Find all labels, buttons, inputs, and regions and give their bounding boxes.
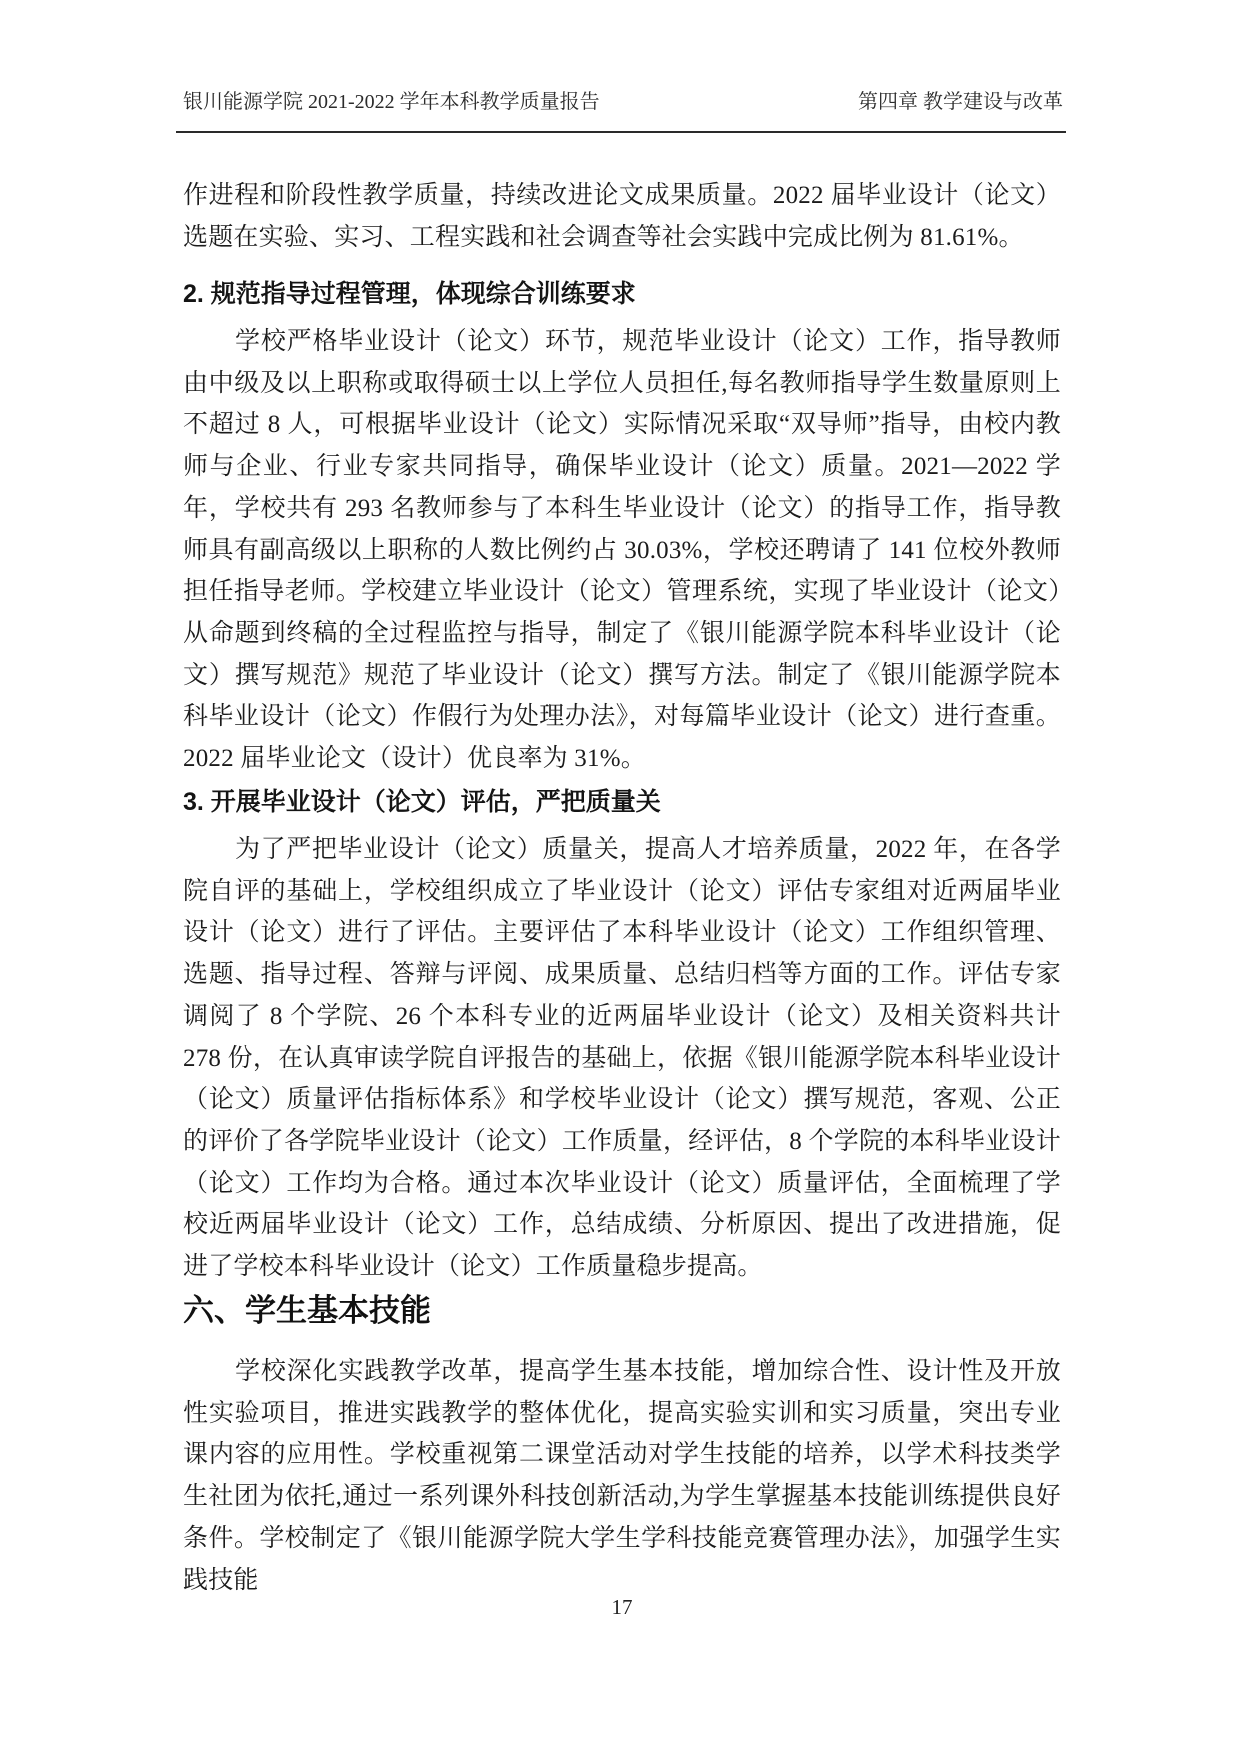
running-header: 银川能源学院 2021-2022 学年本科教学质量报告 第四章 教学建设与改革: [183, 90, 1063, 114]
paragraph-student-basic-skills: 学校深化实践教学改革，提高学生基本技能，增加综合性、设计性及开放性实验项目，推进…: [183, 1351, 1061, 1601]
header-rule: [176, 131, 1066, 133]
paragraph-thesis-topic-completion: 作进程和阶段性教学质量，持续改进论文成果质量。2022 届毕业设计（论文）选题在…: [183, 175, 1061, 258]
heading-section-6-student-basic-skills: 六、学生基本技能: [183, 1289, 1061, 1333]
heading-2-guidance-process-management: 2. 规范指导过程管理，体现综合训练要求: [183, 277, 1061, 311]
header-report-title: 银川能源学院 2021-2022 学年本科教学质量报告: [183, 90, 600, 114]
heading-3-thesis-evaluation: 3. 开展毕业设计（论文）评估，严把质量关: [183, 785, 1061, 819]
paragraph-guidance-process: 学校严格毕业设计（论文）环节，规范毕业设计（论文）工作，指导教师由中级及以上职称…: [183, 321, 1061, 780]
header-chapter-title: 第四章 教学建设与改革: [858, 90, 1063, 114]
document-page: 银川能源学院 2021-2022 学年本科教学质量报告 第四章 教学建设与改革 …: [0, 0, 1240, 1753]
page-number: 17: [183, 1594, 1061, 1620]
paragraph-thesis-evaluation: 为了严把毕业设计（论文）质量关，提高人才培养质量，2022 年，在各学院自评的基…: [183, 829, 1061, 1288]
